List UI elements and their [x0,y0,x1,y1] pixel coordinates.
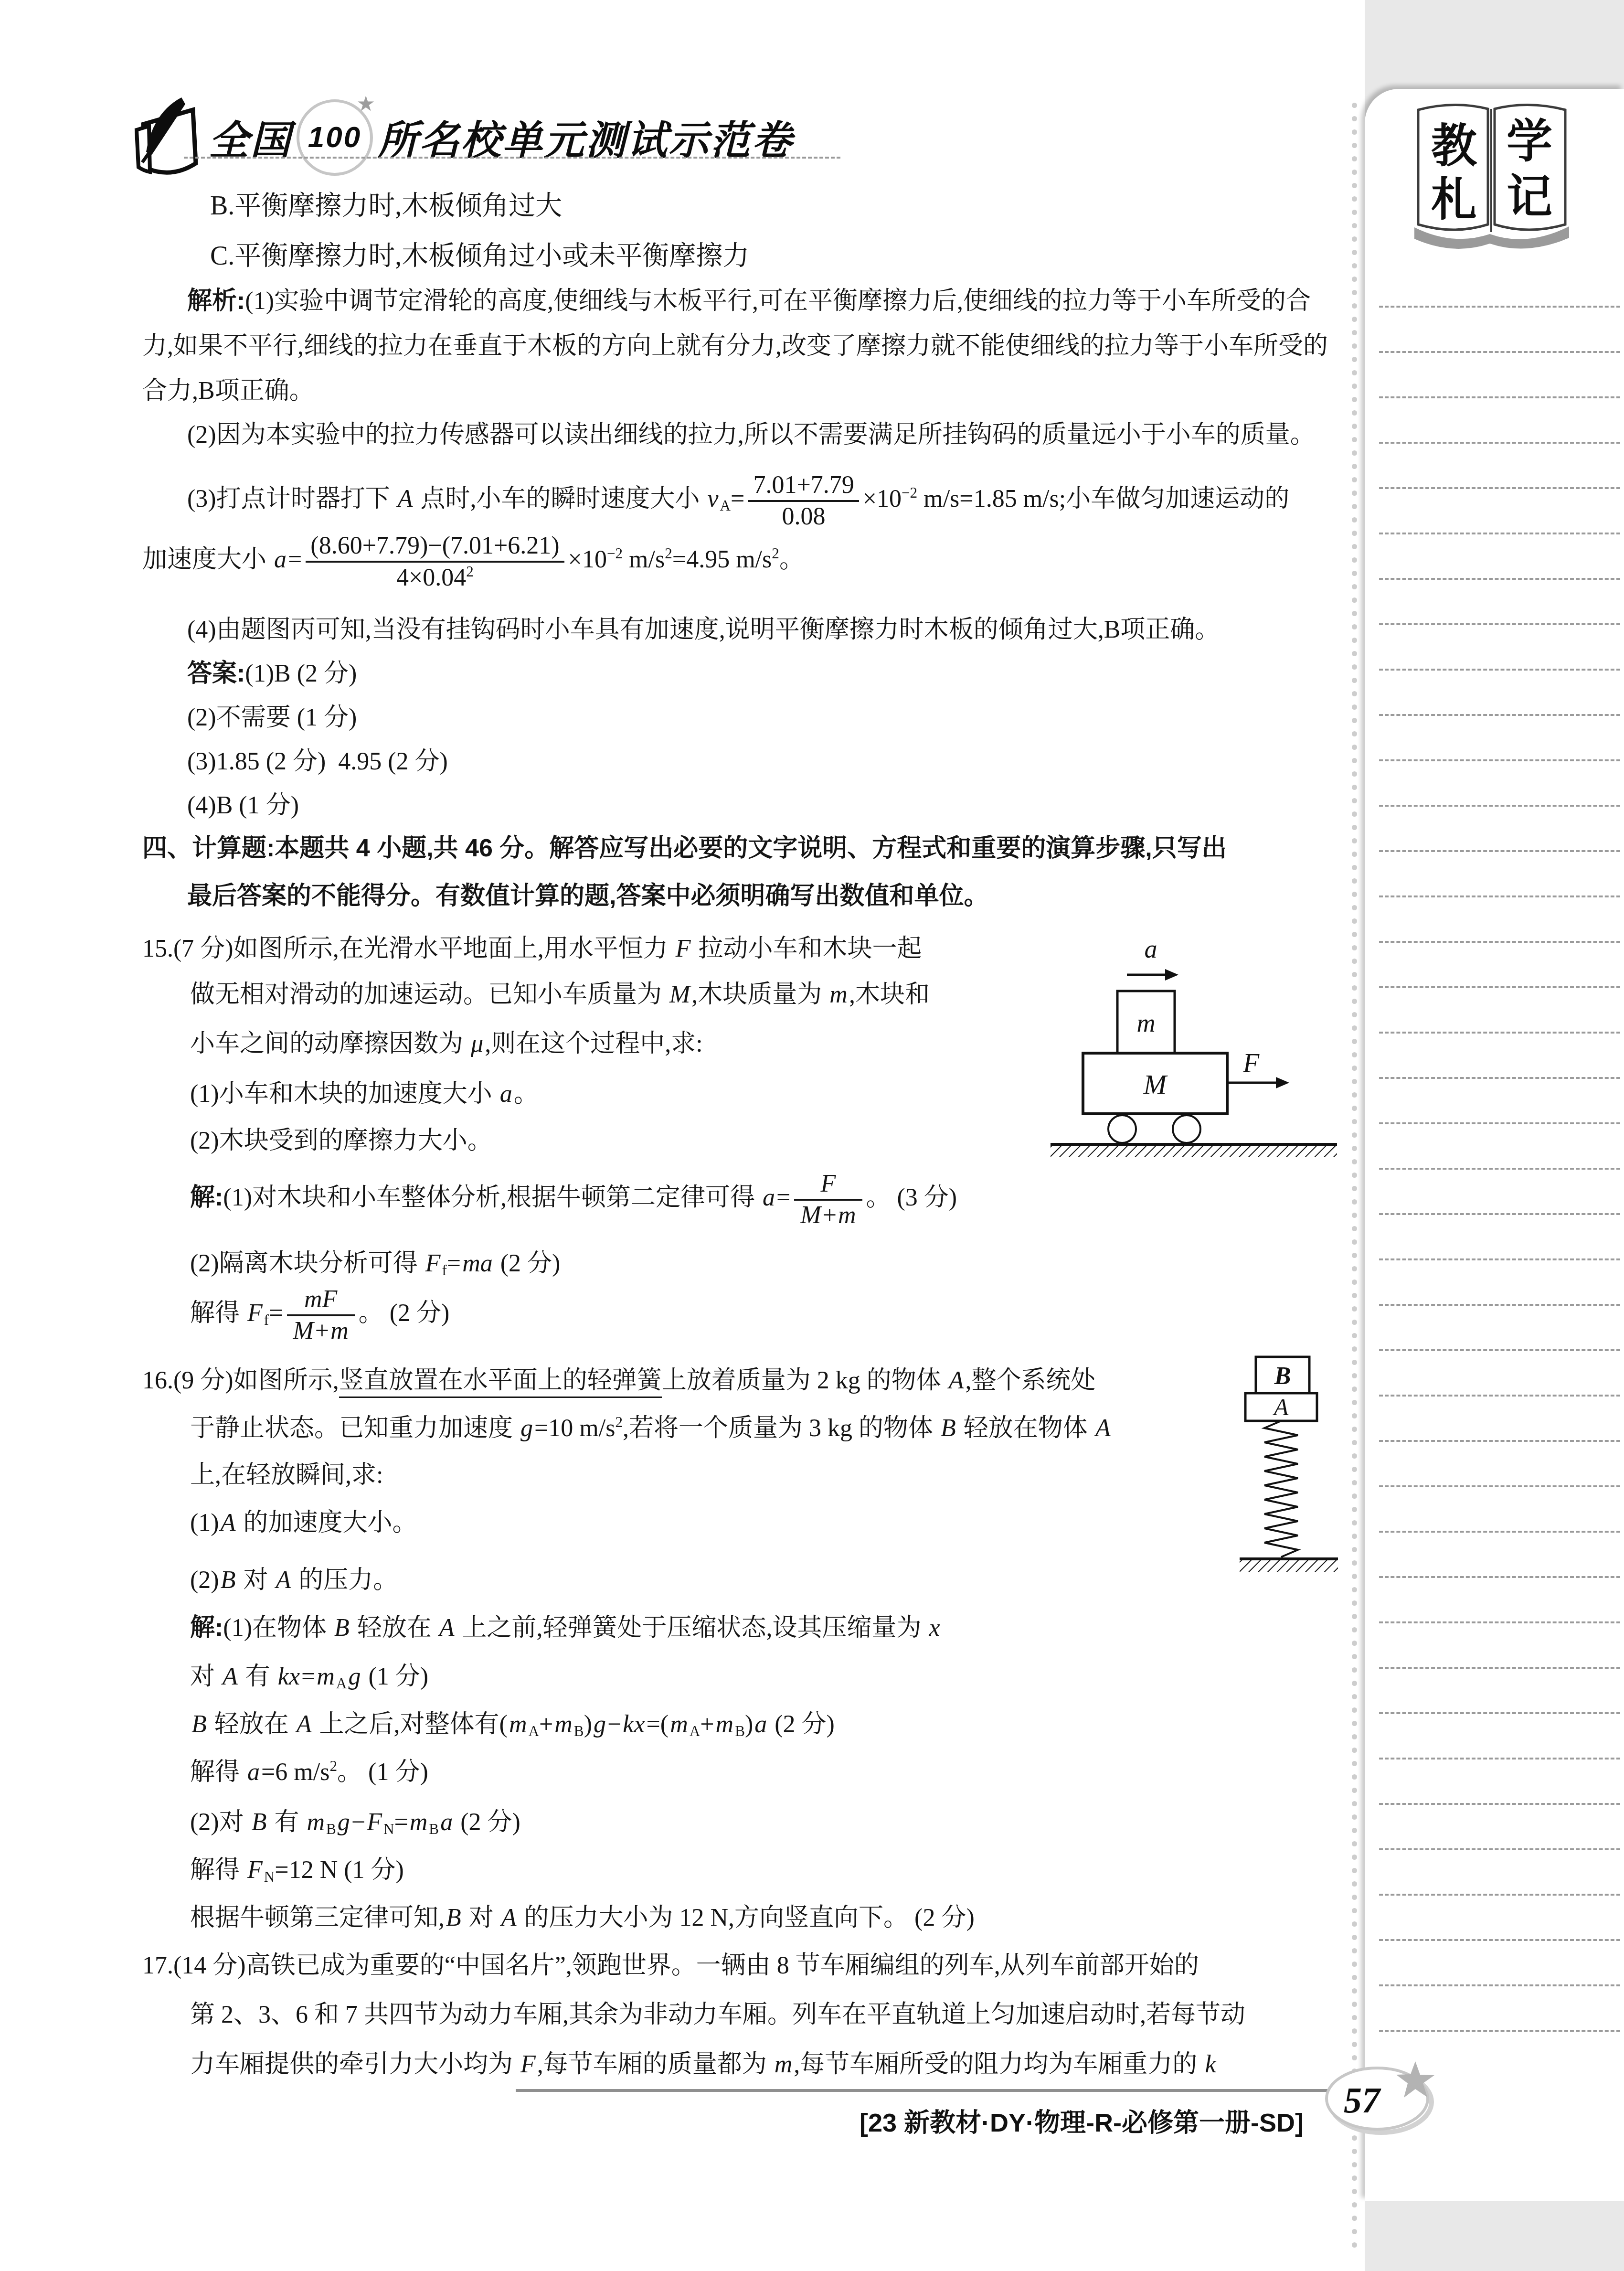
footer-edition-label: [23 新教材·DY·物理-R-必修第一册-SD] [735,2102,1304,2139]
perforation-dot [1352,1052,1357,1057]
section-4-title-b: 最后答案的不能得分。有数值计算的题,答案中必须明确写出数值和单位。 [187,882,988,911]
perforation-dot [1352,1560,1357,1566]
perforation-dot [1352,865,1357,870]
notes-rule-line [1379,2030,1620,2032]
brand-logo: 全国 100 ★ 所名校单元测试示范卷 [130,96,793,179]
perforation-dot [1352,424,1357,429]
perforation-dot [1352,1841,1357,1846]
q16-sol7: 根据牛顿第三定律可知,B 对 A 的压力大小为 12 N,方向竖直向下。 (2 … [190,1903,975,1932]
perforation-dot [1352,1681,1357,1686]
answer-2: (2)不需要 (1 分) [187,703,357,732]
perforation-dot [1352,1440,1357,1445]
perforation-dot [1352,1106,1357,1111]
analysis-1c: 合力,B项正确。 [142,376,314,405]
fig16-label-A: A [1273,1394,1289,1420]
perforation-dot [1352,1935,1357,1940]
answer-4: (4)B (1 分) [187,791,299,820]
perforation-dot [1352,2002,1357,2007]
notes-rule-line [1379,714,1620,716]
sidebar-title-char-2: 学 [1507,116,1552,167]
sidebar-title-char-4: 记 [1507,171,1552,222]
perforation-dot [1352,1467,1357,1472]
perforation-dot [1352,143,1357,148]
perforation-dot [1352,704,1357,710]
perforation-dot [1352,263,1357,268]
perforation-dot [1352,1306,1357,1311]
perforation-dot [1352,1774,1357,1780]
notes-rule-line [1379,1939,1620,1941]
notes-rule-line [1379,442,1620,444]
perforation-dot [1352,1186,1357,1191]
perforation-dot [1352,651,1357,656]
perforation-dot [1352,544,1357,549]
analysis-1a: 解析:(1)实验中调节定滑轮的高度,使细线与木板平行,可在平衡摩擦力后,使细线的… [187,287,1311,316]
notes-rule-line [1379,1440,1620,1442]
perforation-dot [1352,1694,1357,1699]
analysis-1b: 力,如果不平行,细线的拉力在垂直于木板的方向上就有分力,改变了摩擦力就不能使细线… [142,331,1328,361]
page-number-badge: 57 [1314,2053,1443,2143]
notes-rule-line [1379,1032,1620,1034]
perforation-dot [1352,1534,1357,1539]
perforation-dot [1352,1761,1357,1766]
notes-rule-line [1379,351,1620,353]
perforation-dot [1352,1574,1357,1579]
perforation-dot [1352,2175,1357,2181]
perforation-dot [1352,2042,1357,2047]
perforation-dot [1352,1881,1357,1887]
notes-rule-line [1379,1077,1620,1079]
perforation-dot [1352,985,1357,991]
notes-rule-line [1379,306,1620,308]
q16-sol2: 对 A 有 kx=mAg (1 分) [190,1662,428,1693]
perforation-dot [1352,2202,1357,2207]
logo-100-badge: 100 ★ [297,99,373,176]
notes-rule-line [1379,1803,1620,1805]
perforation-dot [1352,918,1357,924]
perforation-dot [1352,2242,1357,2248]
perforation-dot [1352,557,1357,563]
perforation-dot [1352,1293,1357,1298]
notes-rule-line [1379,1621,1620,1623]
perforation-dot [1352,758,1357,763]
fig15-label-F: F [1242,1049,1260,1078]
perforation-dot [1352,1427,1357,1432]
perforation-dot [1352,477,1357,482]
perforation-dot [1352,972,1357,977]
notes-rule-line [1379,1213,1620,1215]
notes-rule-line [1379,1848,1620,1850]
notes-rule-line [1379,1395,1620,1397]
figure-q16-spring-blocks: B A [1238,1355,1340,1578]
perforation-dot [1352,878,1357,884]
notes-rule-line [1379,1984,1620,1986]
perforation-dot [1352,1360,1357,1365]
perforation-dot [1352,1814,1357,1820]
q16-sol6: 解得 FN=12 N (1 分) [190,1855,404,1886]
perforation-dot [1352,156,1357,161]
perforation-dot [1352,718,1357,723]
q16-sol1: 解:(1)在物体 B 轻放在 A 上之前,轻弹簧处于压缩状态,设其压缩量为 x [190,1613,942,1642]
perforation-dot [1352,1868,1357,1873]
perforation-dot [1352,1386,1357,1392]
perforation-dot [1352,1962,1357,1967]
perforation-dot [1352,584,1357,589]
perforation-dot [1352,1453,1357,1459]
q15-line4: (1)小车和木块的加速度大小 a。 [190,1079,539,1109]
perforation-dot [1352,223,1357,228]
perforation-dot [1352,330,1357,335]
perforation-dot [1352,1226,1357,1231]
option-B: B.平衡摩擦力时,木板倾角过大 [210,190,562,222]
perforation-dot [1352,357,1357,362]
perforation-dot [1352,1279,1357,1285]
notes-rule-line [1379,986,1620,988]
notes-rule-line [1379,1667,1620,1669]
perforation-dot [1352,250,1357,255]
perforation-dot [1352,811,1357,817]
perforation-dot [1352,1547,1357,1552]
perforation-dot [1352,1908,1357,1913]
perforation-dot [1352,999,1357,1004]
perforation-dot [1352,825,1357,830]
q16-line3: 上,在轻放瞬间,求: [190,1461,383,1490]
perforation-dot [1352,370,1357,375]
notes-rule-line [1379,669,1620,671]
q16-sol5: (2)对 B 有 mBg−FN=mBa (2 分) [190,1808,520,1838]
analysis-2: (2)因为本实验中的拉力传感器可以读出细线的拉力,所以不需要满足所挂钩码的质量远… [187,420,1315,449]
fig16-label-B: B [1274,1363,1291,1390]
perforation-dot [1352,785,1357,790]
perforation-dot [1352,1173,1357,1178]
perforation-dots [1352,0,1359,2271]
perforation-dot [1352,397,1357,402]
q15-line1: 15.(7 分)如图所示,在光滑水平地面上,用水平恒力 F 拉动小车和木块一起 [142,934,922,963]
option-C: C.平衡摩擦力时,木板倾角过小或未平衡摩擦力 [210,240,749,272]
perforation-dot [1352,1921,1357,1927]
perforation-dot [1352,1012,1357,1017]
perforation-dot [1352,1507,1357,1512]
perforation-dot [1352,1320,1357,1325]
perforation-dot [1352,892,1357,897]
figure-q15-cart-and-block: a m M F [1051,929,1337,1157]
perforation-dot [1352,437,1357,442]
perforation-dot [1352,1587,1357,1592]
perforation-dot [1352,1654,1357,1659]
perforation-dot [1352,116,1357,121]
logo-underline-dashes [184,157,840,159]
perforation-dot [1352,1132,1357,1138]
perforation-dot [1352,1480,1357,1485]
perforation-dot [1352,1373,1357,1378]
notes-rule-line [1379,1122,1620,1124]
perforation-dot [1352,1895,1357,1900]
notes-rule-line [1379,1758,1620,1759]
perforation-dot [1352,1801,1357,1806]
perforation-dot [1352,1413,1357,1418]
perforation-dot [1352,1520,1357,1525]
perforation-dot [1352,504,1357,509]
perforation-dot [1352,1948,1357,1953]
perforation-dot [1352,905,1357,910]
perforation-dot [1352,638,1357,643]
perforation-dot [1352,236,1357,242]
perforation-dot [1352,597,1357,603]
open-book-icon: 教 学 札 记 [1408,95,1575,255]
notes-rule-line [1379,533,1620,534]
perforation-dot [1352,945,1357,950]
perforation-dot [1352,838,1357,843]
perforation-dot [1352,1600,1357,1606]
perforation-dot [1352,678,1357,683]
q15-sol3: 解得 Ff=mFM+m。 (2 分) [190,1285,449,1346]
fig15-label-M: M [1143,1069,1168,1100]
sidebar-title-char-3: 札 [1431,174,1477,225]
perforation-dot [1352,464,1357,469]
perforation-dot [1352,2229,1357,2234]
perforation-dot [1352,303,1357,309]
perforation-dot [1352,731,1357,736]
perforation-dot [1352,1079,1357,1084]
q15-line2: 做无相对滑动的加速运动。已知小车质量为 M,木块质量为 m,木块和 [190,980,930,1009]
perforation-dot [1352,798,1357,803]
perforation-dot [1352,1788,1357,1793]
perforation-dot [1352,664,1357,670]
notes-rule-line [1379,759,1620,761]
fig15-label-a: a [1145,935,1157,963]
perforation-dot [1352,384,1357,389]
page-number: 57 [1344,2080,1381,2121]
notes-rule-line [1379,623,1620,625]
perforation-dot [1352,2149,1357,2154]
perforation-dot [1352,1239,1357,1245]
answer-3: (3)1.85 (2 分) 4.95 (2 分) [187,747,448,776]
q15-line5: (2)木块受到的摩擦力大小。 [190,1126,492,1155]
perforation-dot [1352,959,1357,964]
perforation-dot [1352,343,1357,349]
perforation-dot [1352,1721,1357,1726]
perforation-dot [1352,1159,1357,1164]
q16-line4: (1)A 的加速度大小。 [190,1508,417,1537]
perforation-dot [1352,1828,1357,1833]
perforation-dot [1352,170,1357,175]
scanned-workbook-page: 教 学 札 记 全国 100 ★ 所名校单元测试示范卷 B.平衡摩擦力时,木板倾… [0,0,1624,2271]
perforation-dot [1352,196,1357,202]
perforation-dot [1352,1988,1357,1994]
perforation-dot [1352,183,1357,188]
perforation-dot [1352,771,1357,777]
analysis-4: (4)由题图丙可知,当没有挂钩码时小车具有加速度,说明平衡摩擦力时木板的倾角过大… [187,615,1220,644]
perforation-dot [1352,450,1357,456]
notes-rule-line [1379,1485,1620,1487]
perforation-dot [1352,1346,1357,1352]
perforation-dot [1352,691,1357,696]
perforation-dot [1352,290,1357,295]
perforation-dot [1352,745,1357,750]
perforation-dot [1352,1066,1357,1071]
perforation-dot [1352,1734,1357,1739]
perforation-dot [1352,1855,1357,1860]
notes-rule-line [1379,487,1620,489]
perforation-dot [1352,2015,1357,2020]
notes-rule-line [1379,396,1620,398]
perforation-dot [1352,2216,1357,2221]
perforation-dot [1352,2162,1357,2167]
q15-sol2: (2)隔离木块分析可得 Ff=ma (2 分) [190,1249,560,1279]
perforation-dot [1352,1641,1357,1646]
perforation-dot [1352,410,1357,416]
notes-rule-line [1379,1576,1620,1578]
q17-line2: 第 2、3、6 和 7 共四节为动力车厢,其余为非动力车厢。列车在平直轨道上匀加… [190,2000,1245,2029]
notes-rule-line [1379,1258,1620,1260]
perforation-dot [1352,1627,1357,1632]
notes-rule-line [1379,578,1620,580]
perforation-dot [1352,1146,1357,1151]
q17-line3: 力车厢提供的牵引力大小均为 F,每节车厢的质量都为 m,每节车厢所受的阻力均为车… [190,2050,1217,2079]
perforation-dot [1352,1748,1357,1753]
perforation-dot [1352,2028,1357,2034]
perforation-dot [1352,624,1357,629]
notes-rule-line [1379,1168,1620,1170]
q16-line5: (2)B 对 A 的压力。 [190,1566,398,1595]
perforation-dot [1352,1975,1357,1980]
perforation-dot [1352,277,1357,282]
notes-rule-line [1379,1304,1620,1306]
logo-star-icon: ★ [357,92,377,116]
perforation-dot [1352,1213,1357,1218]
q16-line1: 16.(9 分)如图所示,竖直放置在水平面上的轻弹簧上放着质量为 2 kg 的物… [142,1366,1095,1395]
q16-sol4: 解得 a=6 m/s2。 (1 分) [190,1758,428,1787]
q15-sol1: 解:(1)对木块和小车整体分析,根据牛顿第二定律可得 a=FM+m。 (3 分) [190,1169,957,1230]
answer-1: 答案:(1)B (2 分) [187,659,357,688]
perforation-dot [1352,531,1357,536]
perforation-dot [1352,1614,1357,1619]
perforation-dot [1352,1025,1357,1031]
perforation-dot [1352,1119,1357,1124]
perforation-dot [1352,1333,1357,1338]
perforation-dot [1352,103,1357,108]
perforation-dot [1352,2189,1357,2194]
q16-line2: 于静止状态。已知重力加速度 g=10 m/s2,若将一个质量为 3 kg 的物体… [190,1414,1112,1443]
q17-line1: 17.(14 分)高铁已成为重要的“中国名片”,领跑世界。一辆由 8 节车厢编组… [142,1951,1199,1980]
notes-rule-line [1379,1894,1620,1896]
notes-rule-line [1379,1349,1620,1351]
notes-ruled-lines [1379,0,1620,2271]
logo-100-number: 100 [308,120,361,154]
sidebar-title-char-1: 教 [1431,120,1477,171]
perforation-dot [1352,611,1357,616]
perforation-dot [1352,1253,1357,1258]
analysis-3b: 加速度大小 a=(8.60+7.79)−(7.01+6.21)4×0.042×1… [142,531,804,592]
fig15-label-m: m [1137,1009,1156,1037]
perforation-dot [1352,1493,1357,1499]
notes-rule-line [1379,896,1620,897]
perforation-dot [1352,129,1357,135]
analysis-3a: (3)打点计时器打下 A 点时,小车的瞬时速度大小 vA=7.01+7.790.… [187,470,1289,532]
perforation-dot [1352,1039,1357,1044]
perforation-dot [1352,1266,1357,1271]
perforation-dot [1352,1707,1357,1713]
footer-divider [516,2089,1367,2092]
section-4-title-a: 四、计算题:本题共 4 小题,共 46 分。解答应写出必要的文字说明、方程式和重… [142,834,1227,863]
q16-sol3: B 轻放在 A 上之后,对整体有(mA+mB)g−kx=(mA+mB)a (2 … [190,1710,835,1740]
notes-rule-line [1379,850,1620,852]
notes-rule-line [1379,1712,1620,1714]
notes-rule-line [1379,805,1620,807]
notes-rule-line [1379,1531,1620,1533]
perforation-dot [1352,1667,1357,1673]
quill-shield-icon [130,96,209,179]
perforation-dot [1352,571,1357,576]
perforation-dot [1352,317,1357,322]
notes-rule-line [1379,941,1620,943]
perforation-dot [1352,1400,1357,1405]
perforation-dot [1352,852,1357,857]
perforation-dot [1352,210,1357,215]
perforation-dot [1352,490,1357,496]
q15-line3: 小车之间的动摩擦因数为 μ,则在这个过程中,求: [190,1029,703,1058]
perforation-dot [1352,1199,1357,1205]
perforation-dot [1352,1092,1357,1098]
perforation-dot [1352,932,1357,937]
perforation-dot [1352,517,1357,522]
